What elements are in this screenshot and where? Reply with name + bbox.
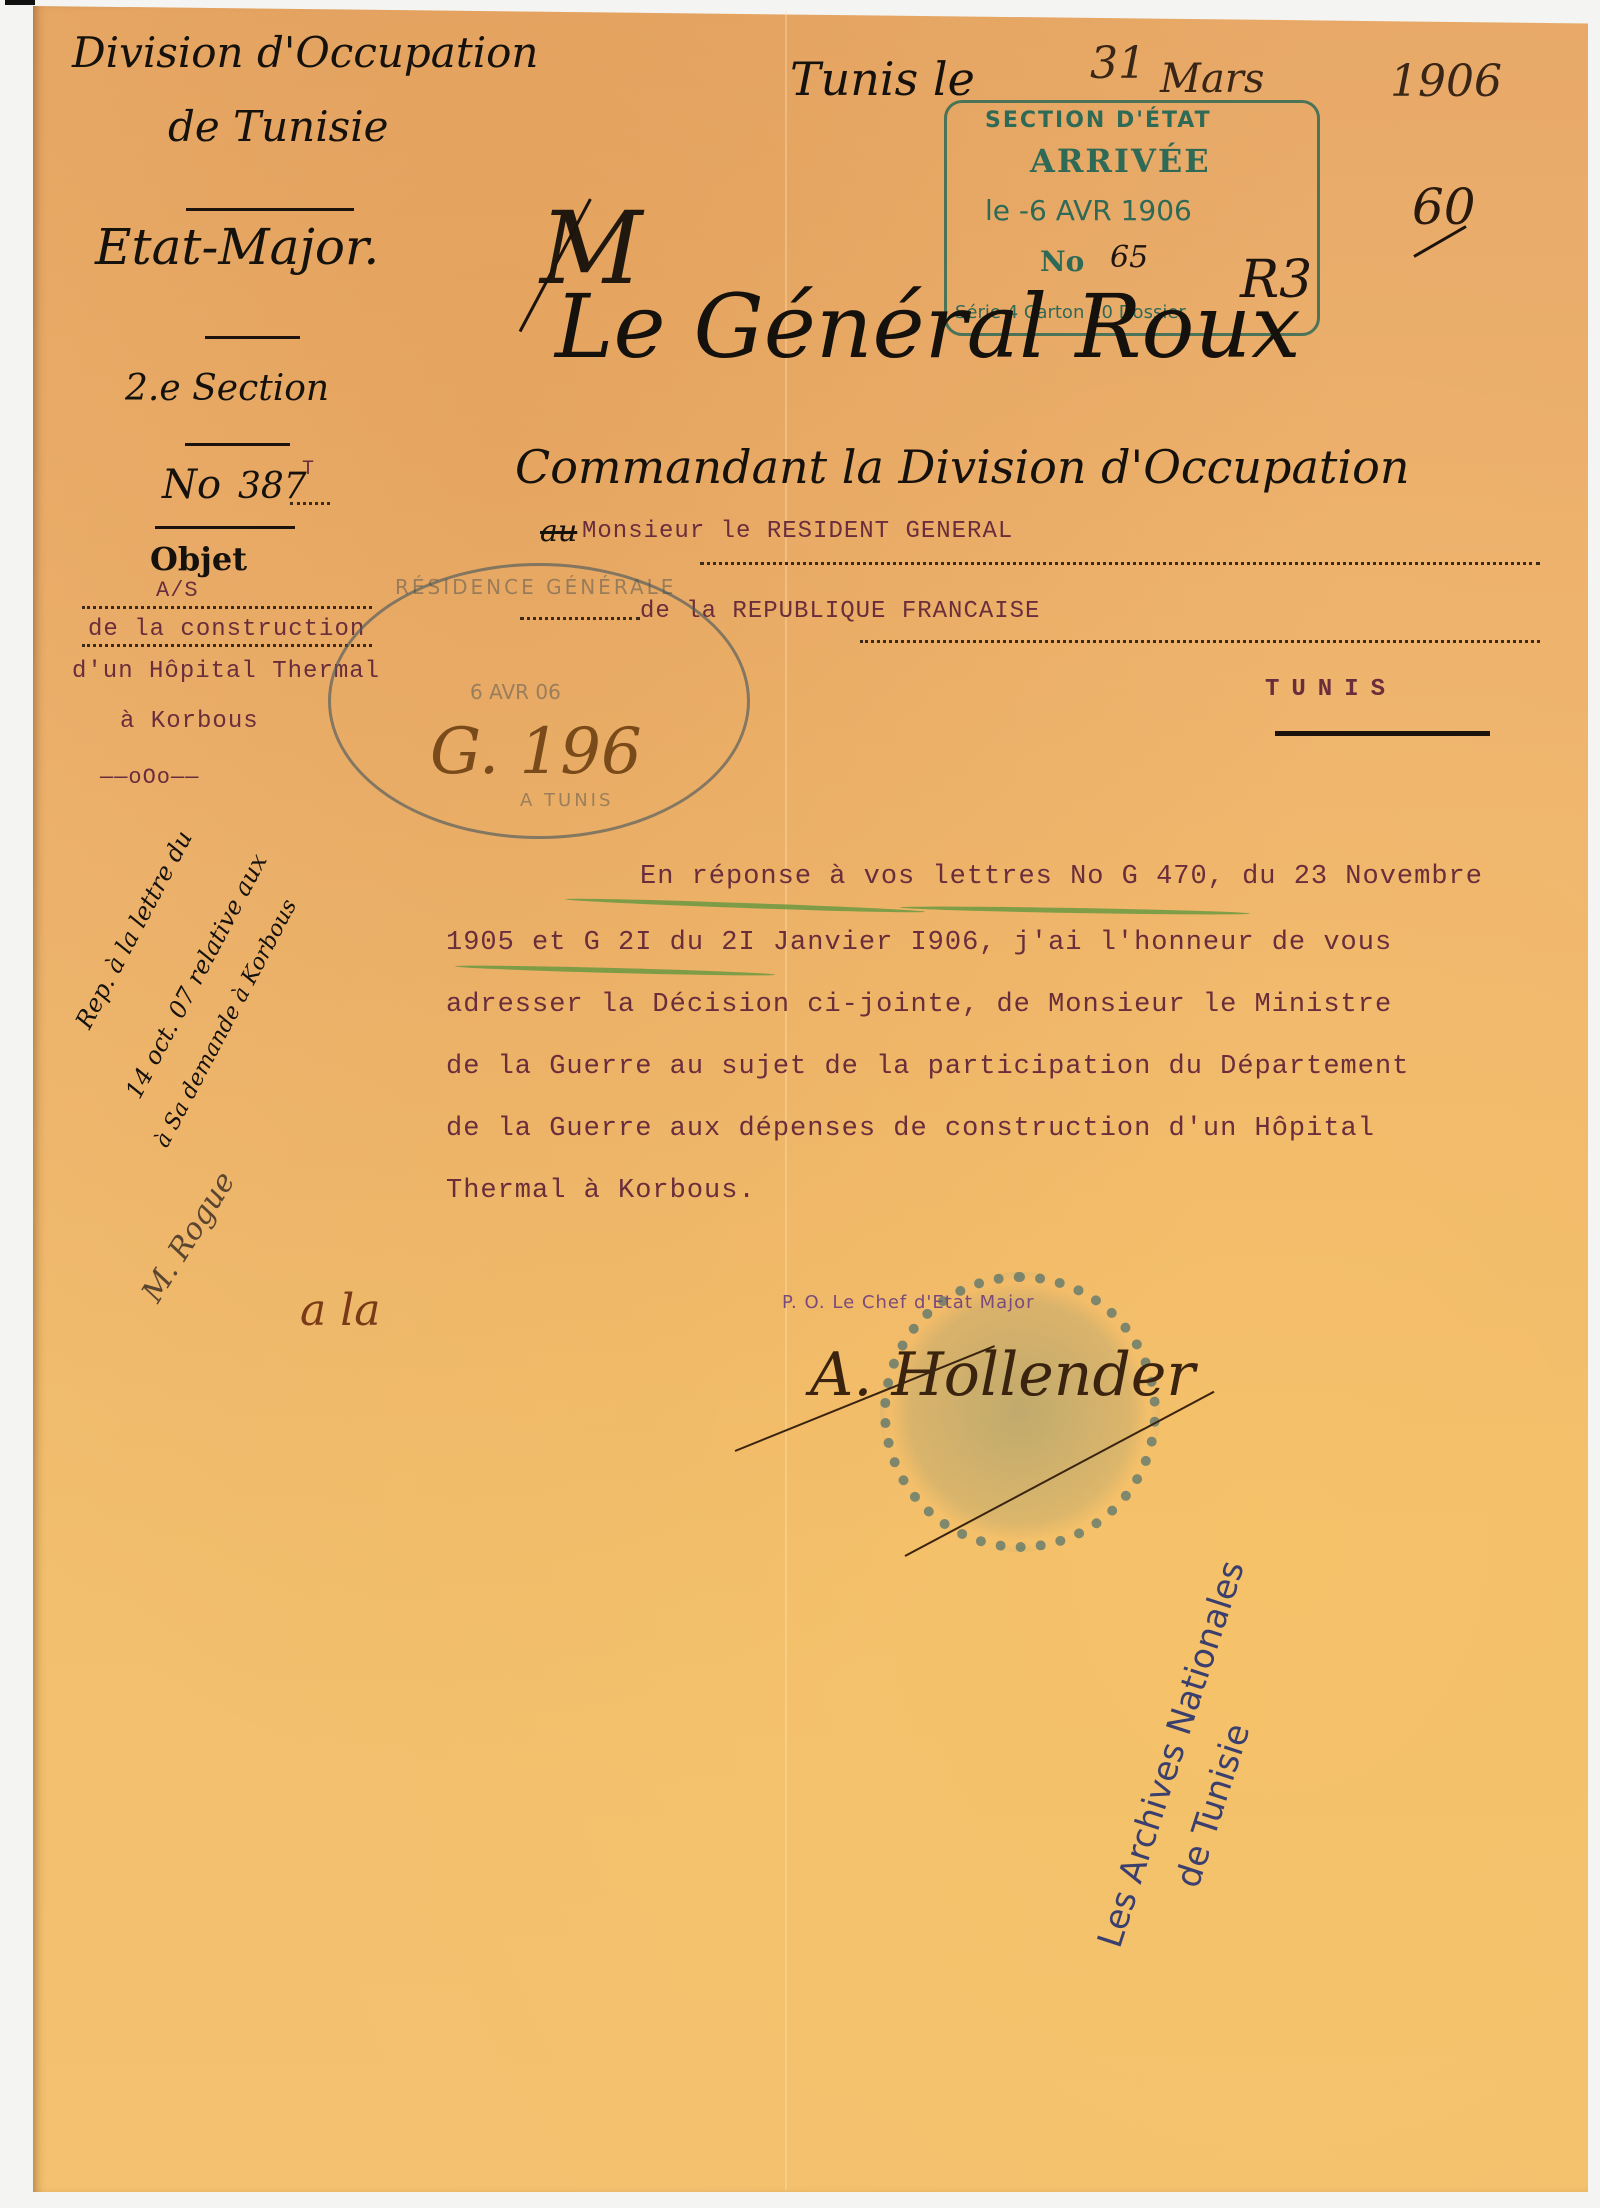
reference-suffix: T <box>302 458 315 481</box>
letterhead-tunisie: de Tunisie <box>168 102 388 151</box>
objet-label: Objet <box>150 540 247 578</box>
date-day: 31 <box>1090 38 1146 89</box>
dotted-line <box>700 562 1540 565</box>
letterhead-section: 2.e Section <box>125 368 329 409</box>
arrival-stamp-date: le -6 AVR 1906 <box>985 194 1192 227</box>
sender-title: Le Général Roux <box>555 275 1301 378</box>
objet-end-mark: ——oOo—— <box>100 765 199 790</box>
date-place: Tunis le <box>790 52 975 106</box>
reference-number: 387 <box>238 466 307 507</box>
arrival-stamp-number: 65 <box>1110 240 1148 275</box>
body-line-4: de la Guerre au sujet de la participatio… <box>446 1052 1409 1082</box>
body-line-3: adresser la Décision ci-jointe, de Monsi… <box>446 990 1392 1020</box>
dotted-line <box>290 502 330 505</box>
dotted-line <box>82 606 372 609</box>
city-underline <box>1275 731 1490 736</box>
recipient-city: TUNIS <box>1265 676 1397 703</box>
official-seal <box>880 1272 1160 1552</box>
reference-number-label: No <box>162 462 221 508</box>
date-year: 1906 <box>1390 56 1502 107</box>
recipient-line-1: Monsieur le RESIDENT GENERAL <box>582 518 1013 545</box>
objet-line-1: de la construction <box>88 616 365 643</box>
dotted-line <box>82 644 372 647</box>
scan-border-mark <box>5 0 35 5</box>
date-month: Mars <box>1160 56 1264 102</box>
divider <box>155 526 295 529</box>
margin-note-initial: a la <box>300 1285 381 1336</box>
arrival-stamp-number-label: No <box>1040 245 1084 278</box>
body-line-1: En réponse à vos lettres No G 470, du 23… <box>640 862 1483 892</box>
residence-stamp-date: 6 AVR 06 <box>470 680 561 704</box>
body-line-2: 1905 et G 2I du 2I Janvier I906, j'ai l'… <box>446 928 1392 958</box>
letterhead-etat-major: Etat-Major. <box>95 218 379 276</box>
body-line-6: Thermal à Korbous. <box>446 1176 756 1206</box>
arrival-stamp-title: ARRIVÉE <box>1030 142 1211 180</box>
arrival-stamp-section: SECTION D'ÉTAT <box>985 108 1212 133</box>
signature-role: P. O. Le Chef d'Etat Major <box>782 1292 1035 1313</box>
sender-subtitle: Commandant la Division d'Occupation <box>515 440 1409 494</box>
objet-line-3: à Korbous <box>120 708 259 735</box>
letterhead-division: Division d'Occupation <box>72 28 538 77</box>
residence-stamp-handwritten-ref: G. 196 <box>430 715 642 789</box>
recipient-prefix: au <box>540 514 577 549</box>
signature-name: A. Hollender <box>810 1340 1195 1410</box>
divider <box>205 336 300 339</box>
objet-prefix: A/S <box>156 578 199 603</box>
divider <box>185 443 290 446</box>
residence-stamp-top: RÉSIDENCE GÉNÉRALE <box>395 575 676 599</box>
residence-stamp-bottom: A TUNIS <box>520 790 613 811</box>
dotted-line <box>860 640 1540 643</box>
body-line-5: de la Guerre aux dépenses de constructio… <box>446 1114 1375 1144</box>
divider <box>186 208 354 211</box>
